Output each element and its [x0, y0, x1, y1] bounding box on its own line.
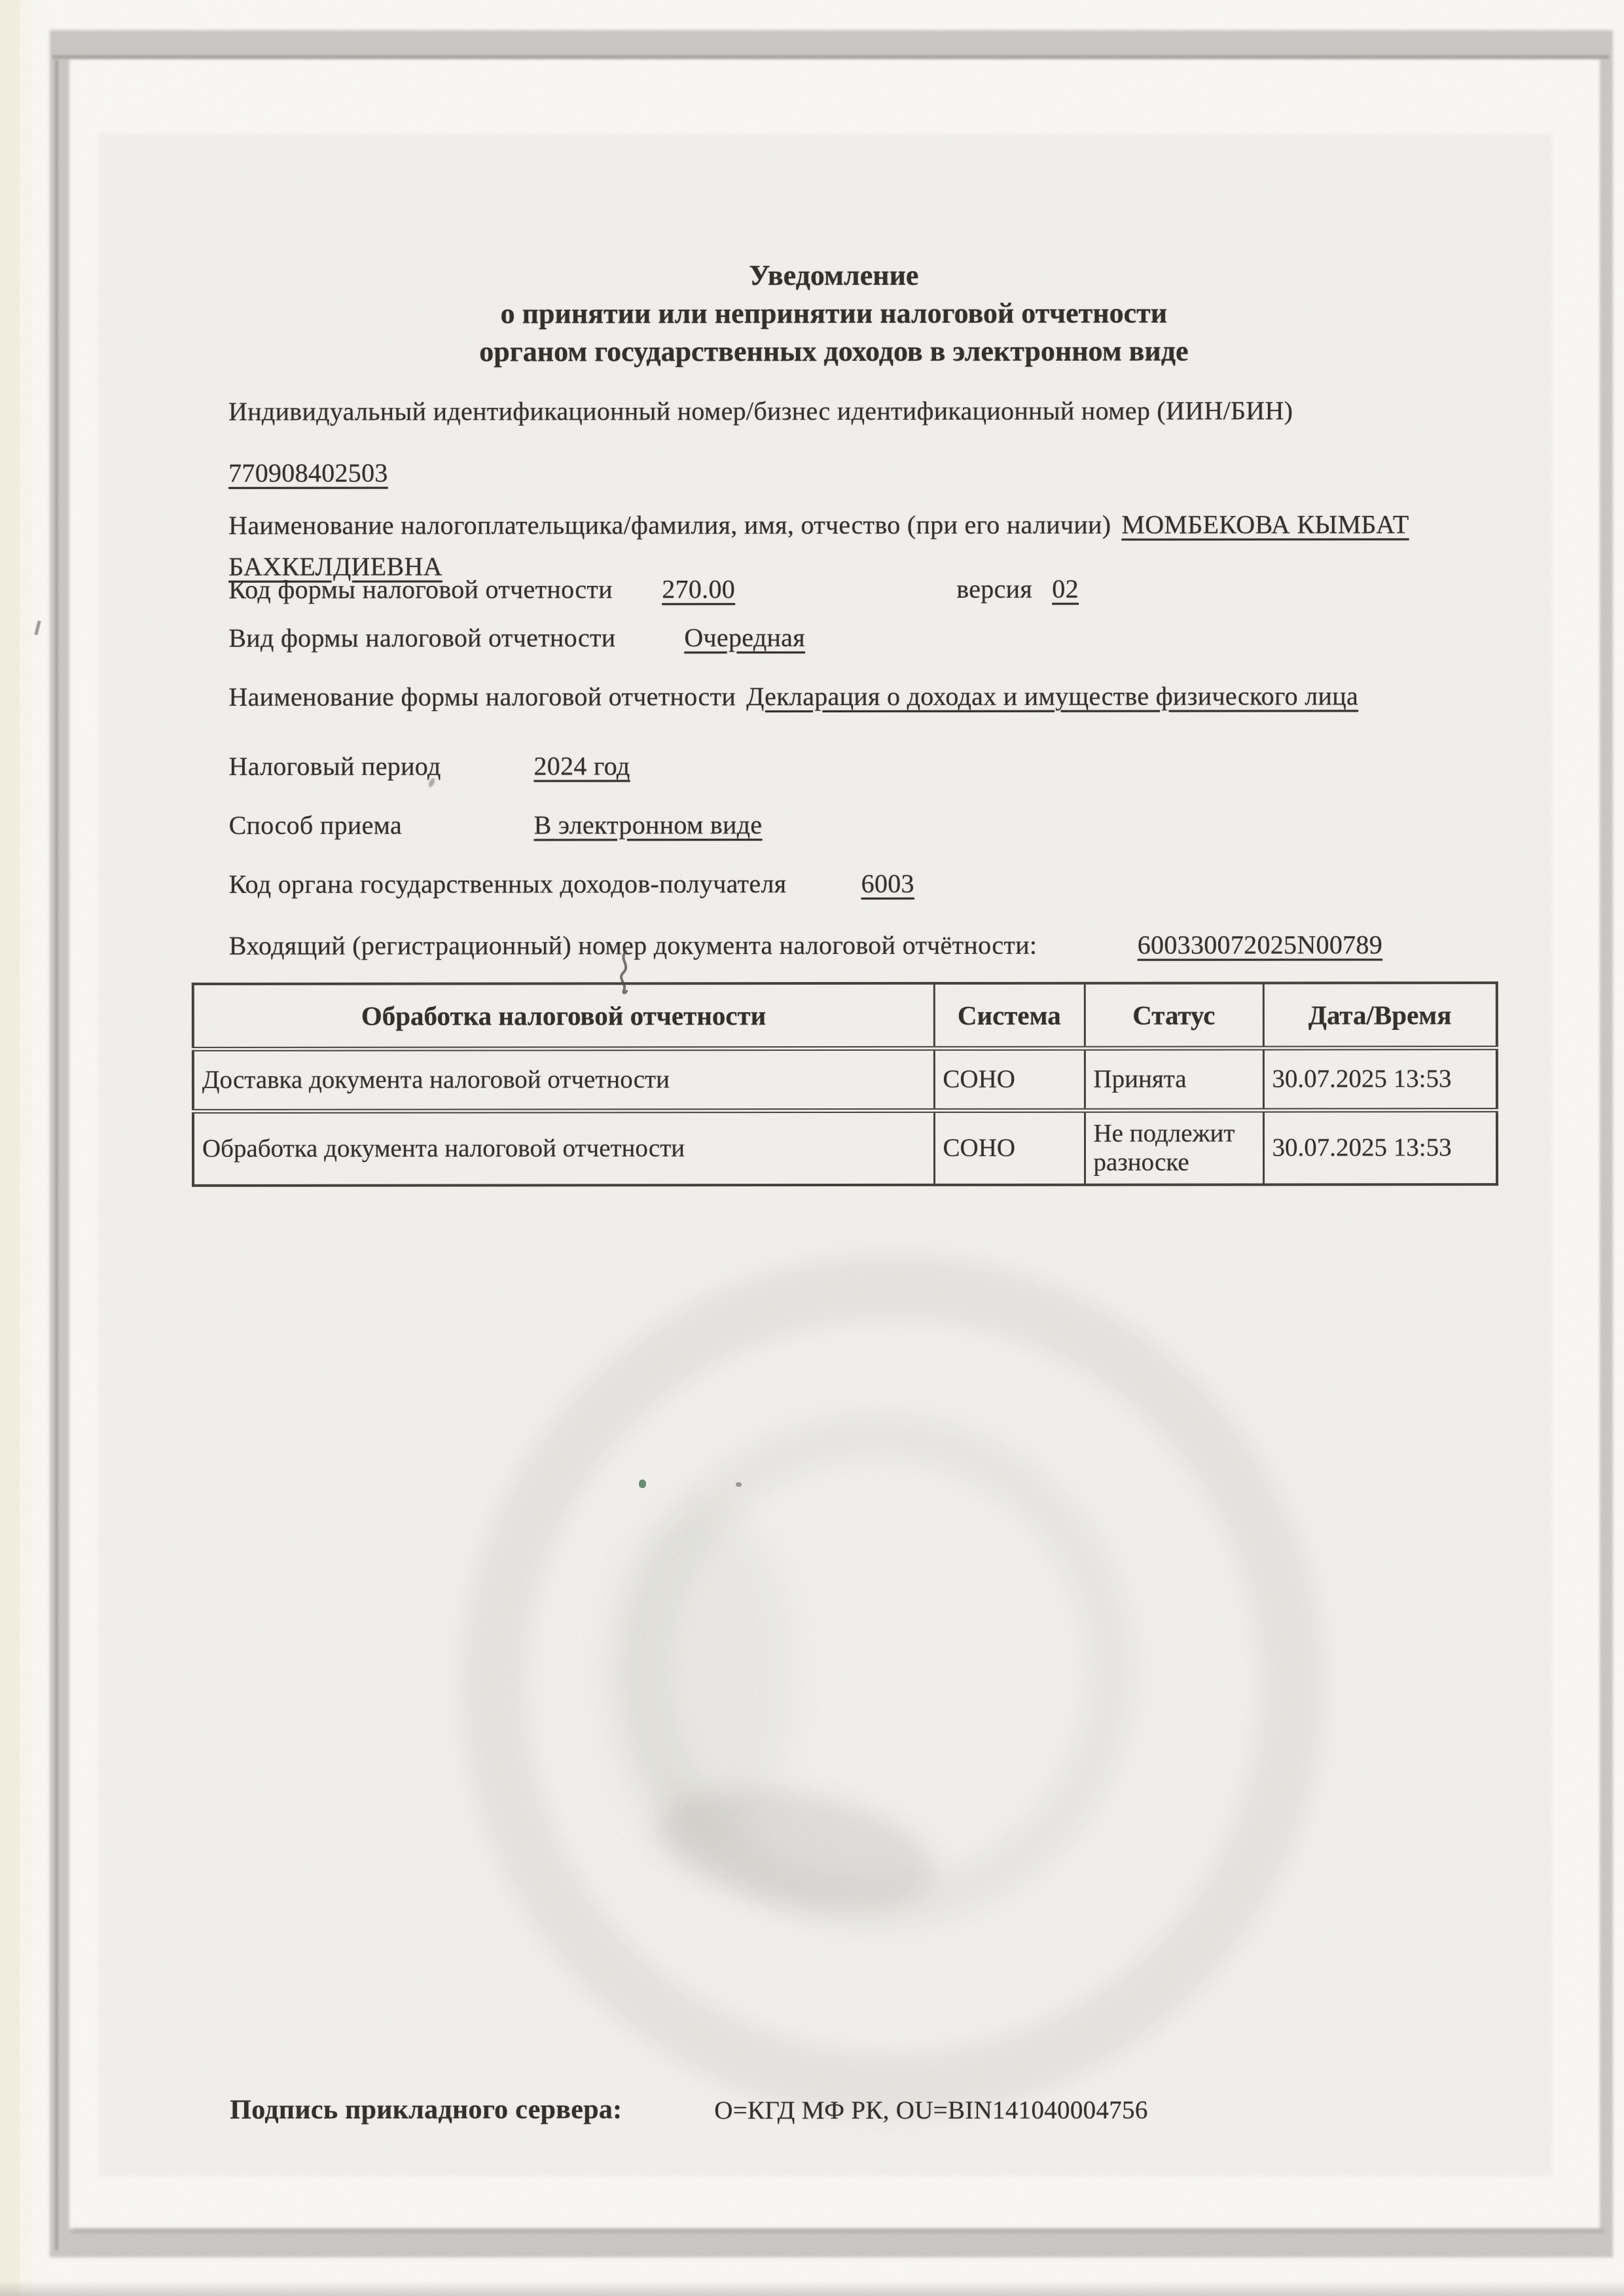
cell-datetime: 30.07.2025 13:53 [1263, 1048, 1497, 1110]
scanned-tax-notification-page: Уведомление о принятии или непринятии на… [0, 0, 1624, 2296]
taxpayer-label: Наименование налогоплательщика/фамилия, … [228, 510, 1111, 540]
table-row: Обработка документа налоговой отчетности… [193, 1110, 1497, 1186]
dark-speck-artifact [736, 1482, 742, 1487]
field-form-code: Код формы налоговой отчетности 270.00 ве… [228, 573, 1505, 606]
version-label: версия [956, 574, 1032, 605]
form-code-value: 270.00 [662, 574, 735, 605]
signature-value: О=КГД МФ РК, OU=BIN141040004756 [714, 2095, 1147, 2127]
tax-period-label: Налоговый период [228, 752, 441, 781]
header-status: Статус [1085, 983, 1263, 1048]
green-speck-artifact [639, 1480, 646, 1488]
cell-system: СОНО [934, 1048, 1085, 1110]
field-tax-period: Налоговый период 2024 год [228, 750, 1505, 782]
field-incoming-number: Входящий (регистрационный) номер докумен… [229, 929, 1506, 962]
processing-status-table: Обработка налоговой отчетности Система С… [192, 981, 1498, 1187]
incoming-number-value: 600330072025N00789 [1138, 929, 1382, 960]
field-form-type: Вид формы налоговой отчетности Очередная [228, 621, 1505, 654]
authority-code-label: Код органа государственных доходов-получ… [229, 869, 787, 899]
signature-label: Подпись прикладного сервера: [230, 2094, 622, 2125]
document-title: Уведомление о принятии или непринятии на… [228, 256, 1439, 371]
table-header-row: Обработка налоговой отчетности Система С… [193, 983, 1497, 1049]
form-type-label: Вид формы налоговой отчетности [228, 623, 615, 653]
method-value: В электронном виде [534, 809, 763, 841]
cell-step: Доставка документа налоговой отчетности [193, 1048, 934, 1111]
authority-code-value: 6003 [861, 868, 914, 900]
table-row: Доставка документа налоговой отчетности … [193, 1048, 1497, 1112]
photocopy-left-line [55, 60, 58, 2250]
form-code-label: Код формы налоговой отчетности [228, 574, 613, 604]
form-type-value: Очередная [684, 622, 805, 653]
version-value: 02 [1052, 574, 1079, 605]
title-line-1: Уведомление [228, 256, 1439, 295]
field-iin-value: 770908402503 [228, 456, 1505, 489]
field-method: Способ приема В электронном виде [229, 809, 1506, 841]
scan-bottom-smudge [0, 2281, 1624, 2296]
header-system: Система [934, 983, 1085, 1049]
header-processing: Обработка налоговой отчетности [193, 983, 934, 1049]
field-server-signature: Подпись прикладного сервера: О=КГД МФ РК… [230, 2093, 1506, 2126]
field-form-name: Наименование формы налоговой отчетностиД… [228, 680, 1505, 713]
scanner-bed-strip-2 [20, 0, 31, 2296]
form-name-value: Декларация о доходах и имуществе физичес… [746, 681, 1358, 711]
cell-status: Принята [1085, 1048, 1263, 1110]
scanner-bed-strip [0, 0, 20, 2296]
form-name-label: Наименование формы налоговой отчетности [228, 682, 736, 712]
cell-system: СОНО [934, 1110, 1085, 1185]
tick-artifact [34, 621, 41, 636]
title-line-2: о принятии или непринятии налоговой отче… [228, 294, 1439, 333]
cell-datetime: 30.07.2025 13:53 [1263, 1110, 1497, 1185]
field-authority-code: Код органа государственных доходов-получ… [229, 867, 1506, 900]
method-label: Способ приема [229, 811, 402, 840]
title-line-3: органом государственных доходов в электр… [228, 332, 1439, 371]
cell-step: Обработка документа налоговой отчетности [193, 1110, 934, 1185]
tax-period-value: 2024 год [533, 750, 630, 782]
document-content: Уведомление о принятии или непринятии на… [228, 0, 1506, 2296]
cell-status: Не подлежит разноске [1085, 1110, 1263, 1185]
field-iin-label: Индивидуальный идентификационный номер/б… [228, 395, 1505, 428]
pen-squiggle-artifact [614, 949, 640, 995]
header-datetime: Дата/Время [1263, 983, 1497, 1048]
